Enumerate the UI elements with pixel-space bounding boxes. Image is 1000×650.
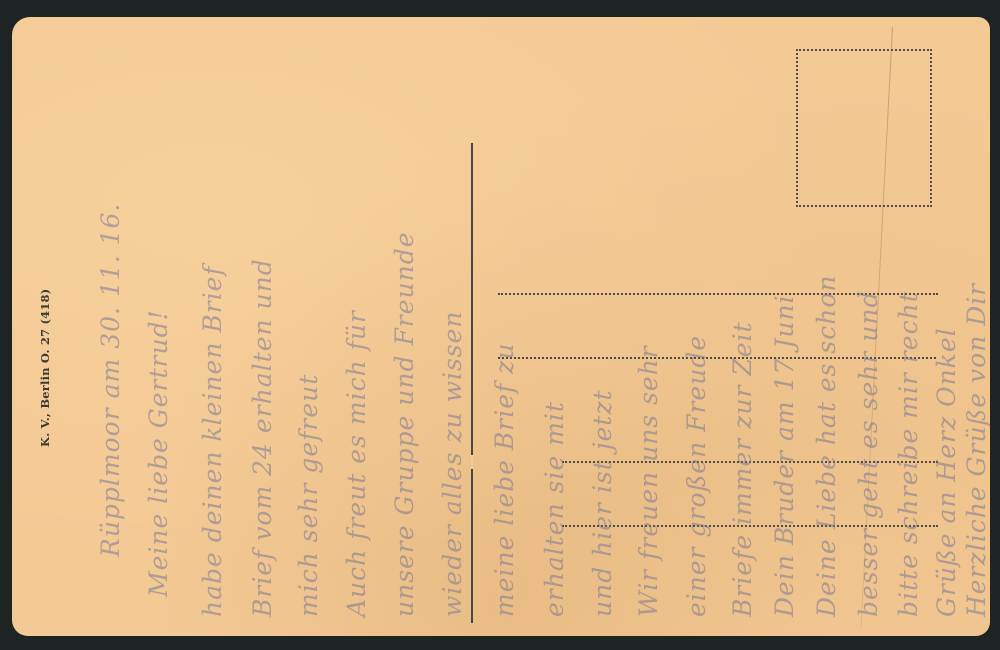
handwriting-line: Grüße an Herz Onkel [932,327,961,617]
handwriting-line: besser geht es sehr und [854,291,883,617]
stamp-placement-box [796,49,932,207]
handwriting-line: bitte schreibe mir recht [894,291,923,617]
handwriting-line: Meine liebe Gertrud! [144,309,173,597]
handwriting-line: meine liebe Brief zu [490,343,519,617]
handwriting-line: wieder alles zu wissen [438,310,467,617]
handwriting-line: einer großen Freude [682,335,711,617]
center-divider-line [471,143,473,623]
handwriting-line: habe deinen kleinen Brief [198,265,227,617]
handwriting-line: Brief vom 24 erhalten und [248,258,277,617]
handwriting-line: unsere Gruppe und Freunde [390,231,419,617]
handwriting-line: Deine Liebe hat es schon [812,275,841,617]
handwriting-line: Dein Bruder am 17 Juni [770,294,799,617]
handwriting-line: Wir freuen uns sehr [634,345,663,617]
handwriting-line: Herzliche Grüße von Dir [962,283,991,617]
handwriting-line: Auch freut es mich für [342,310,371,617]
handwriting-line: Rüpplmoor am 30. 11. 16. [96,203,125,557]
handwriting-line: erhalten sie mit [540,401,569,617]
printer-imprint: K. V., Berlin O. 27 (418) [38,289,52,447]
divider-gap [471,455,473,469]
handwriting-line: und hier ist jetzt [588,389,617,617]
handwriting-line: Briefe immer zur Zeit [728,321,757,617]
postcard-back: K. V., Berlin O. 27 (418) Rüpplmoor am 3… [12,17,990,636]
handwriting-line: mich sehr gefreut [294,374,323,617]
